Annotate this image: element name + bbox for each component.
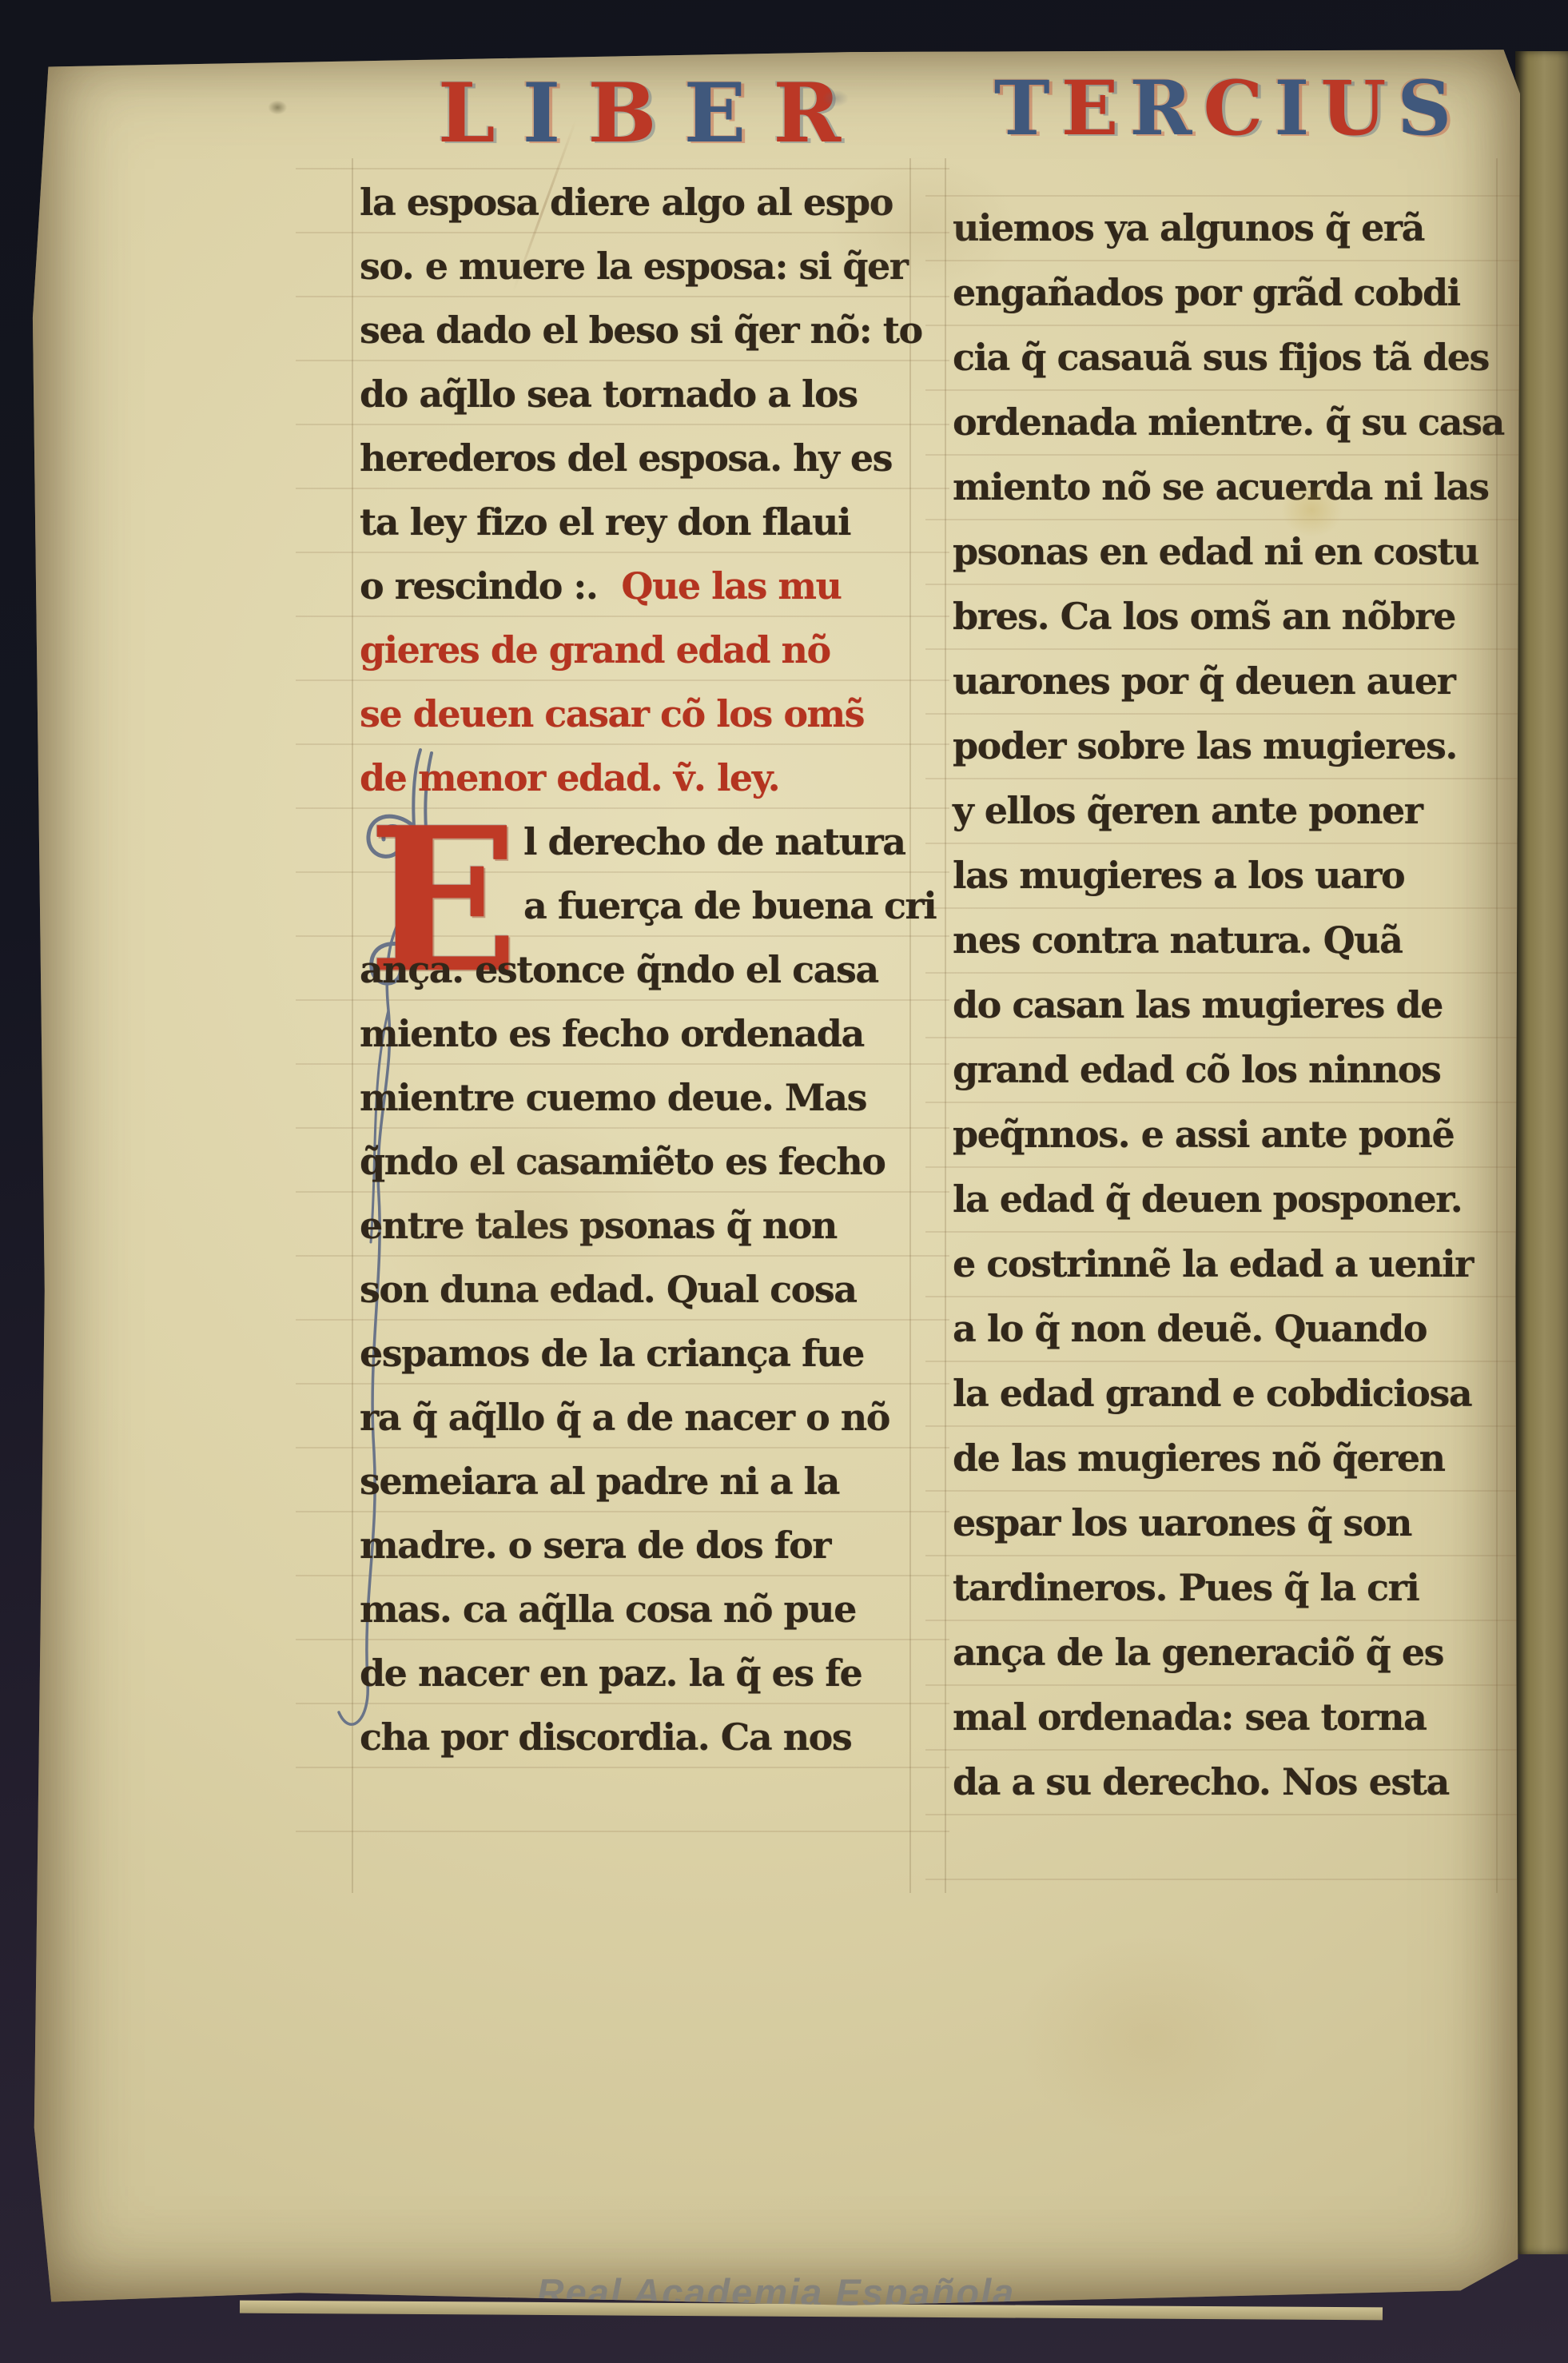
line-text: de las mugieres nõ q̃eren <box>953 1437 1445 1480</box>
ornate-capital: E <box>684 66 746 161</box>
line-text: ra q̃ aq̃llo q̃ a de nacer o nõ <box>360 1396 889 1439</box>
ornate-capital: C <box>1204 61 1264 157</box>
line-text: semeiara al padre ni a la <box>360 1460 839 1503</box>
line-text: entre tales psonas q̃ non <box>360 1204 837 1247</box>
manuscript-line: a lo q̃ non deuẽ. Quando <box>953 1298 1520 1363</box>
line-text: mas. ca aq̃lla cosa nõ pue <box>360 1588 856 1631</box>
manuscript-line: q̃ndo el casamiẽto es fecho <box>360 1131 919 1195</box>
line-text: de nacer en paz. la q̃ es fe <box>360 1652 862 1695</box>
manuscript-line: miento nõ se acuerda ni las <box>953 456 1520 521</box>
line-text: grand edad cõ los ninnos <box>953 1048 1440 1091</box>
manuscript-line: mas. ca aq̃lla cosa nõ pue <box>360 1579 919 1643</box>
ornate-capital: E <box>1061 61 1119 157</box>
line-text: ta ley fizo el rey don flaui <box>360 500 850 544</box>
book-page-edge <box>1515 51 1568 2254</box>
ornate-capital: B <box>587 66 656 161</box>
manuscript-line: espar los uarones q̃ son <box>953 1492 1520 1557</box>
manuscript-line: ança. estonce q̃ndo el casa <box>360 939 919 1003</box>
line-text: mal ordenada: sea torna <box>953 1696 1426 1739</box>
manuscript-line: bres. Ca los oms̃ an nõbre <box>953 586 1520 651</box>
manuscript-page: L I B E R T E R C I U S <box>32 46 1520 2309</box>
manuscript-line: espamos de la criança fue <box>360 1323 919 1387</box>
text-column-left: la esposa diere algo al espo so. e muere… <box>360 172 919 1771</box>
manuscript-line: tardineros. Pues q̃ la cri <box>953 1557 1520 1622</box>
ornate-capital: I <box>523 66 561 161</box>
ornate-capital: T <box>994 61 1050 157</box>
manuscript-line: miento es fecho ordenada <box>360 1003 919 1067</box>
ornate-capital: S <box>1397 61 1451 157</box>
manuscript-line: ordenada mientre. q̃ su casa <box>953 392 1520 456</box>
line-text: e costrinnẽ la edad a uenir <box>953 1242 1473 1285</box>
manuscript-line: madre. o sera de dos for <box>360 1515 919 1579</box>
manuscript-line: cha por discordia. Ca nos <box>360 1707 919 1771</box>
manuscript-line: se deuen casar cõ los oms̃ <box>360 683 919 747</box>
manuscript-line: so. e muere la esposa: si q̃er <box>360 236 919 300</box>
manuscript-line: la edad grand e cobdiciosa <box>953 1363 1520 1428</box>
line-text: la esposa diere algo al espo <box>360 181 893 224</box>
ornate-capital: R <box>1129 61 1192 157</box>
line-text: espamos de la criança fue <box>360 1332 864 1375</box>
manuscript-line: gieres de grand edad nõ <box>360 620 919 683</box>
manuscript-line: la edad q̃ deuen posponer. <box>953 1169 1520 1233</box>
manuscript-line: o rescindo :.Que las mu <box>360 556 919 620</box>
line-text: psonas en edad ni en costu <box>953 530 1478 573</box>
line-text: ordenada mientre. q̃ su casa <box>953 400 1504 444</box>
line-text: poder sobre las mugieres. <box>953 724 1457 767</box>
ornate-capital: I <box>1274 61 1309 157</box>
line-text: miento nõ se acuerda ni las <box>953 465 1488 508</box>
manuscript-line: sea dado el beso si q̃er nõ: to <box>360 300 919 364</box>
text-column-right: uiemos ya algunos q̃ erã engañados por g… <box>953 197 1520 1816</box>
line-text: madre. o sera de dos for <box>360 1524 830 1567</box>
line-text: mientre cuemo deue. Mas <box>360 1076 866 1119</box>
rubric-text: se deuen casar cõ los oms̃ <box>360 692 864 735</box>
line-text: da a su derecho. Nos esta <box>953 1760 1449 1803</box>
manuscript-line: herederos del esposa. hy es <box>360 428 919 492</box>
manuscript-line: uiemos ya algunos q̃ erã <box>953 197 1520 262</box>
line-text: cha por discordia. Ca nos <box>360 1715 851 1759</box>
rubric-text: gieres de grand edad nõ <box>360 628 830 671</box>
ruling-vertical <box>945 158 946 1893</box>
line-text: bres. Ca los oms̃ an nõbre <box>953 595 1455 638</box>
line-text: q̃ndo el casamiẽto es fecho <box>360 1140 885 1183</box>
manuscript-line: de menor edad. ṽ. ley. <box>360 747 919 811</box>
manuscript-line: ança de la generaciõ q̃ es <box>953 1622 1520 1687</box>
line-text: cia q̃ casauã sus fijos tã des <box>953 336 1489 379</box>
line-text: nes contra natura. Quã <box>953 919 1402 962</box>
line-text: miento es fecho ordenada <box>360 1012 864 1055</box>
line-text: engañados por grãd cobdi <box>953 271 1460 314</box>
line-text: ança. estonce q̃ndo el casa <box>360 948 878 991</box>
line-text: peq̃nnos. e assi ante ponẽ <box>953 1113 1454 1156</box>
manuscript-line: do casan las mugieres de <box>953 974 1520 1039</box>
line-text: sea dado el beso si q̃er nõ: to <box>360 309 922 352</box>
running-title-tercius: T E R C I U S <box>951 61 1494 157</box>
line-text: son duna edad. Qual cosa <box>360 1268 857 1311</box>
ornate-capital: R <box>773 66 841 161</box>
manuscript-line: peq̃nnos. e assi ante ponẽ <box>953 1104 1520 1169</box>
manuscript-line: da a su derecho. Nos esta <box>953 1751 1520 1816</box>
manuscript-line: ta ley fizo el rey don flaui <box>360 492 919 556</box>
manuscript-line: entre tales psonas q̃ non <box>360 1195 919 1259</box>
ruling-vertical <box>352 158 353 1893</box>
line-text: tardineros. Pues q̃ la cri <box>953 1566 1419 1609</box>
line-text: y ellos q̃eren ante poner <box>953 789 1423 832</box>
manuscript-line: uarones por q̃ deuen auer <box>953 651 1520 715</box>
line-text: a lo q̃ non deuẽ. Quando <box>953 1307 1427 1350</box>
ornate-capital: L <box>438 66 495 161</box>
manuscript-line: y ellos q̃eren ante poner <box>953 780 1520 845</box>
line-text: so. e muere la esposa: si q̃er <box>360 245 908 288</box>
manuscript-line: las mugieres a los uaro <box>953 845 1520 910</box>
manuscript-line: de nacer en paz. la q̃ es fe <box>360 1643 919 1707</box>
photo-backdrop: L I B E R T E R C I U S <box>0 0 1568 2363</box>
line-text: a fuerça de buena cri <box>523 884 936 927</box>
manuscript-line: grand edad cõ los ninnos <box>953 1039 1520 1104</box>
line-text: uarones por q̃ deuen auer <box>953 659 1455 703</box>
manuscript-line: semeiara al padre ni a la <box>360 1451 919 1515</box>
line-text: ança de la generaciõ q̃ es <box>953 1631 1443 1674</box>
running-title-liber: L I B E R <box>384 66 895 161</box>
line-text: do aq̃llo sea tornado a los <box>360 373 858 416</box>
manuscript-line: nes contra natura. Quã <box>953 910 1520 974</box>
manuscript-line: ra q̃ aq̃llo q̃ a de nacer o nõ <box>360 1387 919 1451</box>
manuscript-line: de las mugieres nõ q̃eren <box>953 1428 1520 1492</box>
line-text: o rescindo :. <box>360 564 597 608</box>
line-text: espar los uarones q̃ son <box>953 1501 1411 1544</box>
manuscript-line: l derecho de natura <box>360 811 919 875</box>
manuscript-line: mientre cuemo deue. Mas <box>360 1067 919 1131</box>
manuscript-line: poder sobre las mugieres. <box>953 715 1520 780</box>
manuscript-line: e costrinnẽ la edad a uenir <box>953 1233 1520 1298</box>
manuscript-line: son duna edad. Qual cosa <box>360 1259 919 1323</box>
manuscript-line: do aq̃llo sea tornado a los <box>360 364 919 428</box>
line-text: la edad grand e cobdiciosa <box>953 1372 1471 1415</box>
rubric-text: de menor edad. ṽ. ley. <box>360 756 779 799</box>
line-text: herederos del esposa. hy es <box>360 436 892 480</box>
line-text: uiemos ya algunos q̃ erã <box>953 206 1424 249</box>
manuscript-line: engañados por grãd cobdi <box>953 262 1520 327</box>
manuscript-line: la esposa diere algo al espo <box>360 172 919 236</box>
line-text: las mugieres a los uaro <box>953 854 1404 897</box>
manuscript-line: psonas en edad ni en costu <box>953 521 1520 586</box>
ornate-capital: U <box>1320 61 1386 157</box>
rubric-text: Que las mu <box>621 564 841 608</box>
line-text: l derecho de natura <box>523 820 905 863</box>
manuscript-line: a fuerça de buena cri <box>360 875 919 939</box>
line-text: la edad q̃ deuen posponer. <box>953 1178 1462 1221</box>
line-text: do casan las mugieres de <box>953 983 1443 1026</box>
manuscript-line: cia q̃ casauã sus fijos tã des <box>953 327 1520 392</box>
manuscript-line: mal ordenada: sea torna <box>953 1687 1520 1751</box>
